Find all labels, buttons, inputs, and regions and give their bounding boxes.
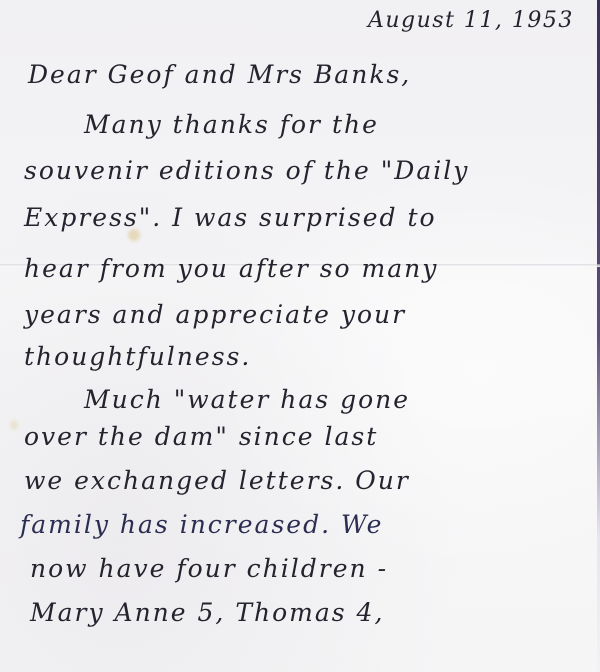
letter-line: hear from you after so many [24, 256, 438, 281]
letter-page: August 11, 1953 Dear Geof and Mrs Banks,… [0, 0, 600, 672]
letter-line: family has increased. We [20, 512, 383, 537]
salutation: Dear Geof and Mrs Banks, [28, 62, 411, 87]
letter-date: August 11, 1953 [368, 10, 574, 32]
letter-line: thoughtfulness. [24, 344, 251, 369]
letter-line: we exchanged letters. Our [24, 468, 410, 493]
letter-line: Much "water has gone [84, 387, 410, 412]
letter-line: Mary Anne 5, Thomas 4, [30, 600, 384, 625]
letter-line: souvenir editions of the "Daily [24, 158, 469, 183]
letter-line: Express". I was surprised to [24, 205, 437, 230]
letter-line: over the dam" since last [24, 424, 378, 449]
letter-line: years and appreciate your [24, 302, 406, 327]
letter-line: now have four children - [30, 556, 388, 581]
letter-line: Many thanks for the [84, 112, 379, 137]
paper-stain [10, 420, 18, 430]
